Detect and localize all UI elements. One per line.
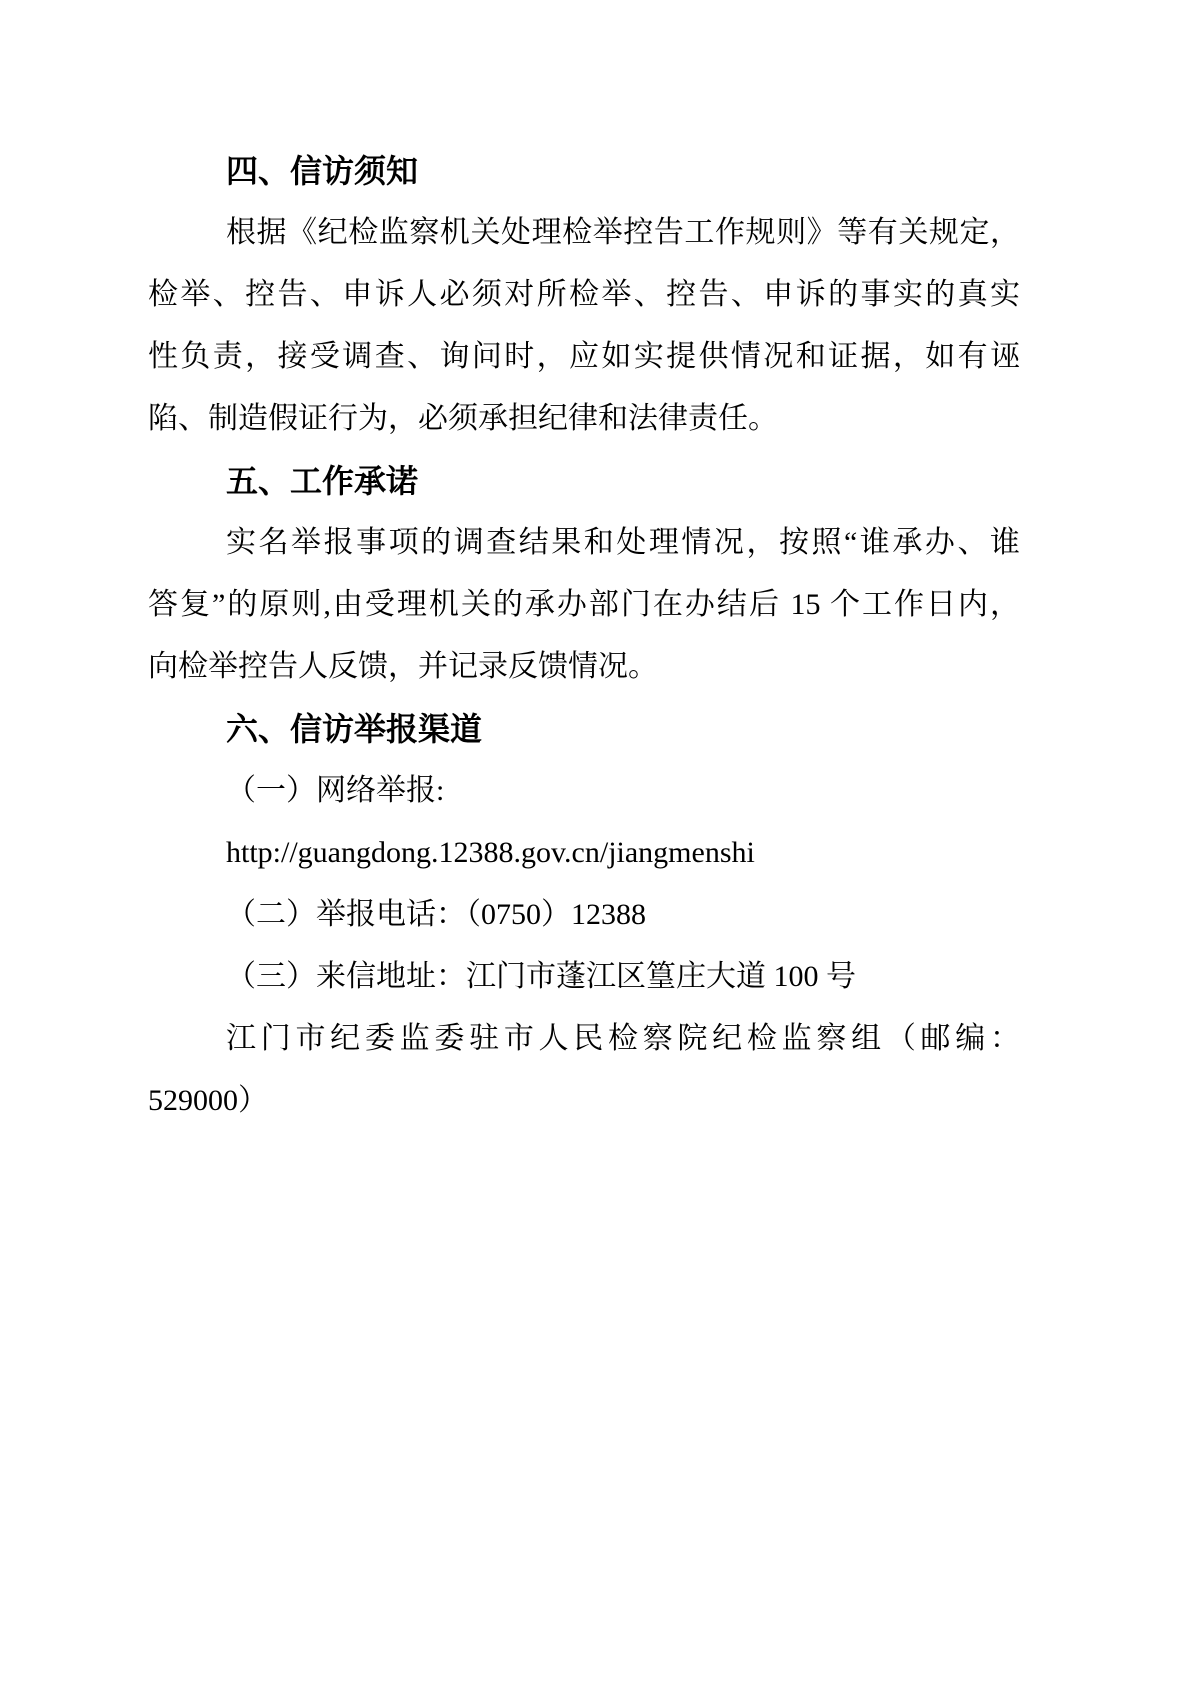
report-url-text: http://guangdong.12388.gov.cn/jiangmensh… [148,822,1020,884]
paragraph-line: 检举、控告、申诉人必须对所检举、控告、申诉的事实的真实 [148,264,1020,326]
paragraph-line: 答复”的原则,由受理机关的承办部门在办结后 15 个工作日内， [148,574,1020,636]
paragraph-line: 江门市纪委监委驻市人民检察院纪检监察组（邮编： [148,1008,1020,1070]
paragraph-line: 根据《纪检监察机关处理检举控告工作规则》等有关规定， [148,202,1020,264]
paragraph-line: 实名举报事项的调查结果和处理情况，按照“谁承办、谁 [148,512,1020,574]
channel-item-phone: （二）举报电话：（0750）12388 [148,884,1020,946]
paragraph-line: 性负责，接受调查、询问时，应如实提供情况和证据，如有诬 [148,326,1020,388]
section-heading-work-commitment: 五、工作承诺 [148,450,1020,512]
section-heading-report-channels: 六、信访举报渠道 [148,698,1020,760]
paragraph-line: 向检举控告人反馈，并记录反馈情况。 [148,636,1020,698]
channel-item-mail-address: （三）来信地址：江门市蓬江区篁庄大道 100 号 [148,946,1020,1008]
postcode-line: 529000） [148,1070,1020,1132]
document-page: 四、信访须知 根据《纪检监察机关处理检举控告工作规则》等有关规定， 检举、控告、… [0,0,1190,1132]
paragraph-line: 陷、制造假证行为，必须承担纪律和法律责任。 [148,388,1020,450]
channel-item-web-report: （一）网络举报: [148,760,1020,822]
section-heading-petition-notice: 四、信访须知 [148,140,1020,202]
